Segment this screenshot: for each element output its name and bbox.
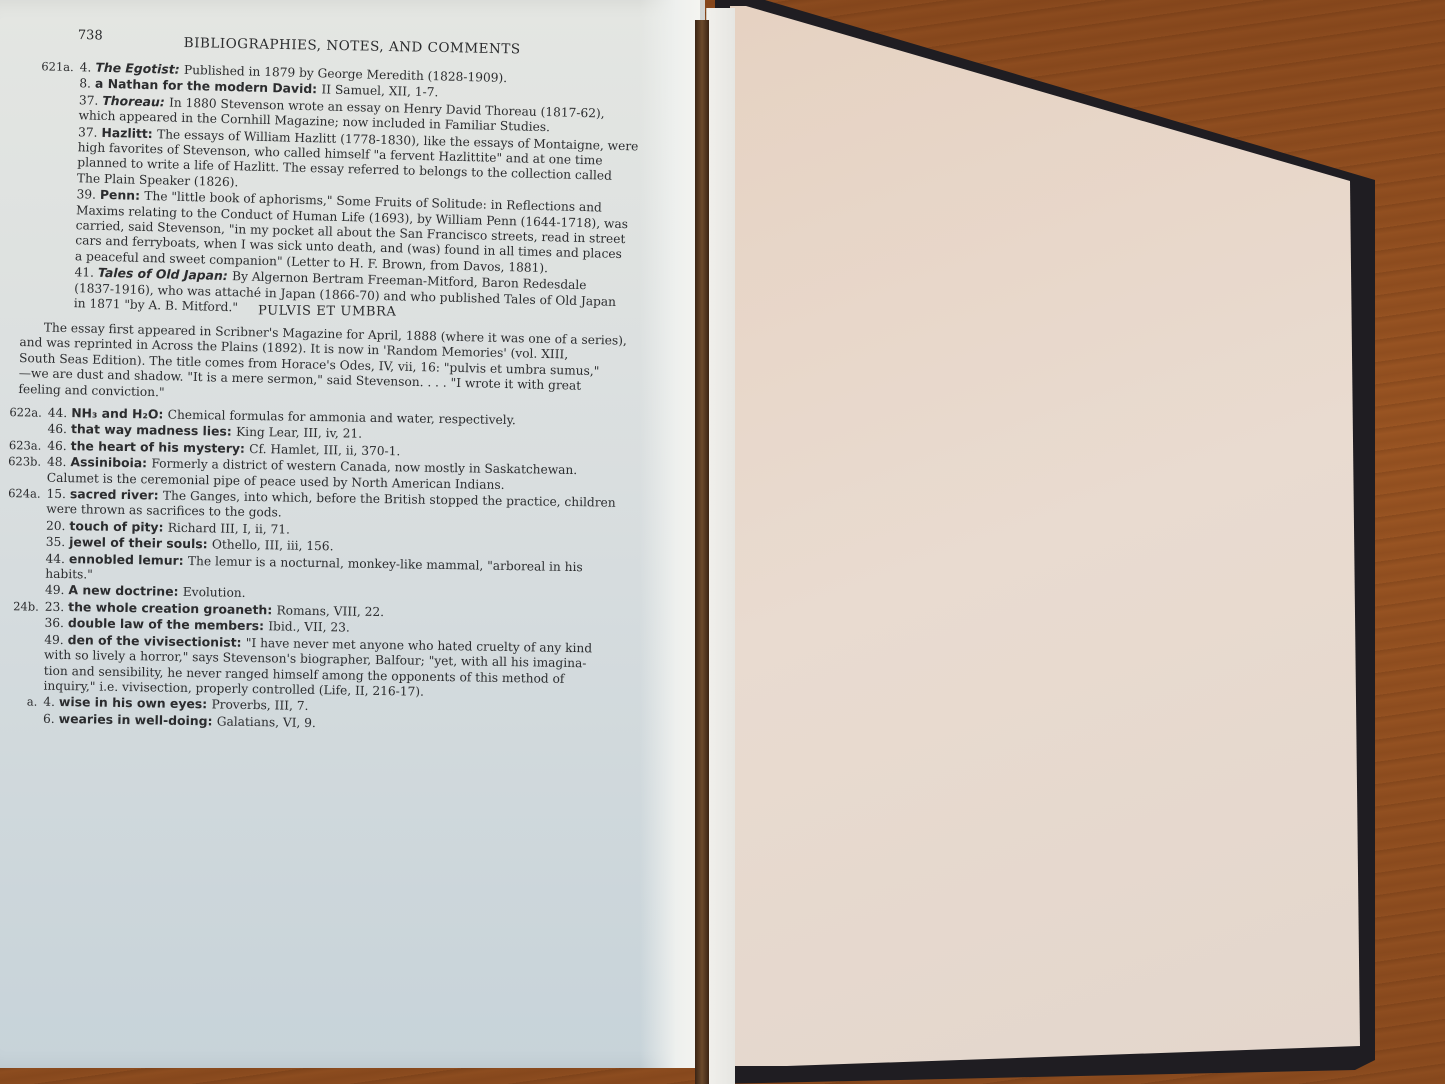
note-term: Hazlitt: (101, 124, 157, 140)
note-line-number: 8. (79, 77, 91, 91)
running-head: 738 BIBLIOGRAPHIES, NOTES, AND COMMENTS (78, 28, 648, 39)
note-page-ref: a. (0, 694, 37, 710)
note-line-number: 46. (47, 439, 67, 453)
right-endpaper (730, 6, 1360, 1066)
left-page-text: 738 BIBLIOGRAPHIES, NOTES, AND COMMENTS … (0, 0, 700, 1068)
note-page-ref (0, 562, 40, 563)
note-line-number: 23. (45, 600, 65, 614)
note-term: den of the vivisectionist: (68, 632, 246, 650)
note-page-ref: 621a. (30, 59, 74, 76)
note-line-number: 4. (43, 695, 55, 709)
note-page-ref (26, 197, 70, 198)
note-line-number: 20. (46, 519, 66, 533)
note-term: that way madness lies: (71, 422, 236, 440)
note-page-ref: 622a. (0, 405, 42, 421)
note-term: Tales of Old Japan: (98, 265, 232, 283)
note-page-ref (0, 626, 39, 627)
note-page-ref (0, 722, 37, 723)
notes-bottom: 622a.44.NH₃ and H₂O: Chemical formulas f… (0, 404, 617, 736)
note-page-ref (0, 529, 40, 530)
page-number: 738 (78, 28, 103, 44)
note-page-ref: 24b. (0, 599, 39, 615)
note-term: A new doctrine: (68, 583, 183, 600)
note-line-number: 49. (45, 583, 65, 597)
right-hinge (706, 8, 735, 1084)
note-line-number: 37. (79, 93, 99, 107)
note-term: the whole creation groaneth: (68, 599, 277, 617)
note-term: sacred river: (70, 486, 163, 502)
note-page-ref (0, 643, 38, 644)
section-intro: The essay first appeared in Scribner's M… (18, 320, 640, 411)
note-line-number: 4. (80, 60, 92, 74)
note-page-ref (28, 135, 72, 136)
note-line-number: 46. (48, 422, 68, 436)
note-term: ennobled lemur: (69, 551, 188, 568)
note-term: Penn: (100, 187, 145, 203)
note-line-number: 39. (76, 187, 96, 201)
note-page-ref: 623a. (0, 438, 41, 454)
note-line-number: 6. (43, 711, 55, 725)
note-term: NH₃ and H₂O: (71, 405, 168, 422)
note-text: Romans, VIII, 22. (276, 603, 384, 619)
note-page-ref (29, 86, 73, 87)
note-line-number: 41. (74, 265, 94, 279)
note-page-ref (0, 593, 39, 594)
note-term: double law of the members: (68, 615, 269, 633)
note-page-ref: 623b. (0, 454, 41, 470)
note-term: The Egotist: (95, 60, 184, 77)
note-page-ref (25, 275, 69, 276)
note-text: Evolution. (183, 585, 246, 600)
note-term: touch of pity: (69, 518, 168, 535)
note-line-number: 36. (44, 616, 64, 630)
note-page-ref (0, 545, 40, 546)
note-line-number: 49. (44, 632, 64, 646)
note-text: Cf. Hamlet, III, ii, 370-1. (249, 442, 400, 458)
note-line-number: 44. (45, 551, 65, 565)
note-text: Proverbs, III, 7. (211, 698, 308, 714)
note-text: Othello, III, iii, 156. (212, 538, 334, 554)
note-line-number: 44. (48, 406, 68, 420)
note-text: II Samuel, XII, 1-7. (321, 83, 438, 100)
note-page-ref (0, 432, 42, 433)
note-line-number: 48. (47, 455, 67, 469)
note-line-number: 37. (78, 125, 98, 139)
header-title: BIBLIOGRAPHIES, NOTES, AND COMMENTS (184, 36, 521, 58)
note-text: Galatians, VI, 9. (217, 714, 316, 730)
note-term: wise in his own eyes: (59, 694, 212, 711)
note-term: jewel of their souls: (69, 534, 212, 551)
note-page-ref (29, 103, 73, 104)
section-title: PULVIS ET UMBRA (258, 303, 397, 320)
note-page-ref: 624a. (0, 486, 41, 502)
note-term: wearies in well-doing: (59, 711, 217, 728)
note-term: Thoreau: (102, 93, 169, 110)
note-text: Ibid., VII, 23. (268, 620, 350, 635)
note-text: King Lear, III, iv, 21. (236, 425, 362, 441)
note-entry: 49.den of the vivisectionist: "I have ne… (0, 631, 613, 703)
note-line-number: 15. (46, 487, 66, 501)
note-line-number: 35. (46, 535, 66, 549)
note-term: Assiniboia: (70, 454, 151, 470)
note-term: the heart of his mystery: (71, 438, 250, 456)
note-text: Richard III, I, ii, 71. (168, 521, 290, 537)
notes-top: 621a.4.The Egotist: Published in 1879 by… (24, 58, 641, 326)
